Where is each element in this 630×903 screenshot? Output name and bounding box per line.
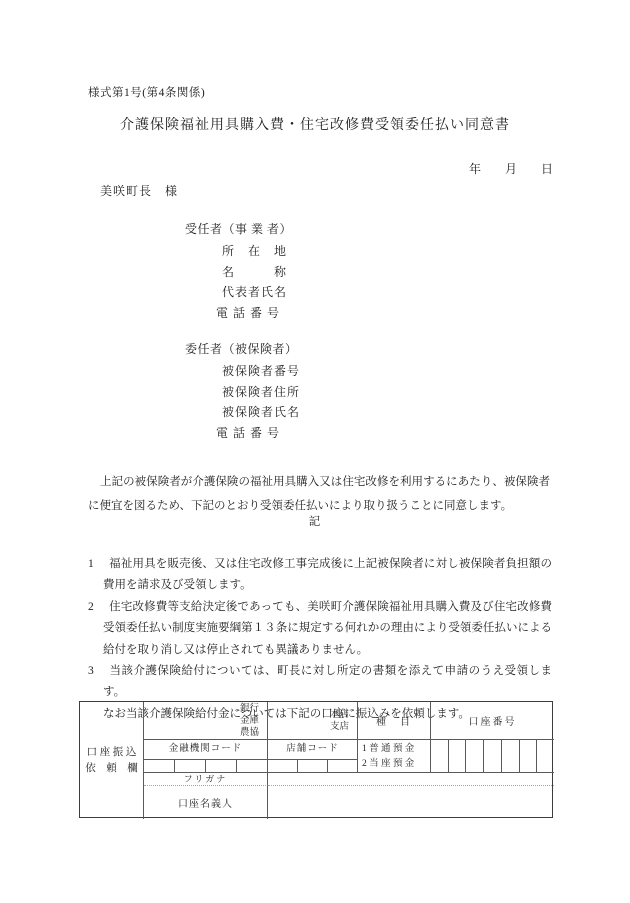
term-item-3: 3当該介護保険給付については、町長に対し所定の書類を添えて申請のうえ受領します。 [88,661,552,704]
term-item-1: 1福祉用具を販売後、又は住宅改修工事完成後に上記被保険者に対し被保険者負担額の費… [88,554,552,597]
account-kind-current: 2 当 座 預 金 [362,757,430,772]
term-item-3-text: 当該介護保険給付については、町長に対し所定の書類を添えて申請のうえ受領します。 [103,665,552,698]
recipient-name-label: 名 称 [222,262,292,283]
bank-type-noukyou: 農協 [144,727,259,739]
bank-table-row-label: 口 座 振 込 依 頼 欄 [80,702,144,819]
bank-code-label: 金融機関コード [144,740,268,760]
bank-code-digit-box[interactable] [174,760,205,772]
account-number-digit-box[interactable] [519,740,537,772]
recipient-phone-label: 電 話 番 号 [216,303,292,324]
bank-type-cell[interactable]: 銀行 金庫 農協 [144,702,268,740]
bank-table-row-label-line2: 依 頼 欄 [85,761,138,777]
account-holder-label: 口座名義人 [144,786,268,819]
delegator-heading: 委任者（被保険者） [185,340,300,357]
bank-code-digit-box[interactable] [236,760,267,772]
ki-heading: 記 [0,513,630,529]
account-number-digit-box[interactable] [483,740,501,772]
account-number-digit-box[interactable] [536,740,554,772]
branch-code-boxes [268,760,358,773]
recipient-section: 受任者（事 業 者） 所 在 地 名 称 代表者氏名 電 話 番 号 [185,220,292,323]
bank-table-row-label-line1: 口 座 振 込 [87,745,137,761]
form-number: 様式第1号(第4条関係) [88,84,205,100]
insured-name-label: 被保険者氏名 [222,402,300,423]
term-item-3-number: 3 [88,661,109,682]
account-number-header: 口座番号 [431,702,554,740]
term-item-1-number: 1 [88,554,109,575]
account-kind-ordinary: 1 普 通 預 金 [362,742,430,757]
bank-transfer-table: 口 座 振 込 依 頼 欄 銀行 金庫 農協 本店 支店 種 目 口座番号 金融… [79,701,553,818]
bank-code-boxes [144,760,268,773]
term-item-2-text: 住宅改修費等支給決定後であっても、美咲町介護保険福祉用具購入費及び住宅改修費受領… [103,601,552,656]
branch-type-cell[interactable]: 本店 支店 [268,702,358,740]
account-holder-value-cell[interactable] [268,786,554,819]
insured-phone-label: 電 話 番 号 [216,423,300,444]
bank-type-shinkin: 金庫 [144,715,259,727]
term-item-2-number: 2 [88,597,109,618]
branch-code-digit-box[interactable] [297,760,327,772]
account-number-digit-box[interactable] [448,740,466,772]
recipient-representative-label: 代表者氏名 [222,282,292,303]
branch-code-digit-box[interactable] [268,760,297,772]
account-number-digit-box[interactable] [465,740,483,772]
delegator-section: 委任者（被保険者） 被保険者番号 被保険者住所 被保険者氏名 電 話 番 号 [185,340,300,443]
account-kind-options[interactable]: 1 普 通 預 金 2 当 座 預 金 [358,740,431,773]
addressee: 美咲町長 様 [100,182,178,199]
account-kind-header: 種 目 [358,702,431,740]
consent-paragraph: 上記の被保険者が介護保険の福祉用具購入又は住宅改修を利用するにあたり、被保険者に… [88,470,550,518]
term-item-1-text: 福祉用具を販売後、又は住宅改修工事完成後に上記被保険者に対し被保険者負担額の費用… [103,558,552,591]
date-line: 年 月 日 [469,160,553,177]
furigana-label: フリガナ [144,773,268,786]
bank-code-digit-box[interactable] [205,760,236,772]
branch-code-digit-box[interactable] [327,760,357,772]
terms-list: 1福祉用具を販売後、又は住宅改修工事完成後に上記被保険者に対し被保険者負担額の費… [88,554,552,725]
recipient-address-label: 所 在 地 [222,241,292,262]
account-number-boxes [431,740,554,773]
account-number-digit-box[interactable] [431,740,448,772]
account-number-digit-box[interactable] [501,740,519,772]
document-page: 様式第1号(第4条関係) 介護保険福祉用具購入費・住宅改修費受領委任払い同意書 … [0,0,630,903]
insured-address-label: 被保険者住所 [222,382,300,403]
insured-number-label: 被保険者番号 [222,361,300,382]
branch-code-label: 店舗コード [268,740,358,760]
bank-code-digit-box[interactable] [144,760,174,772]
branch-type-honten: 本店 [268,709,349,721]
furigana-value-cell[interactable] [268,773,554,786]
branch-type-shiten: 支店 [268,721,349,733]
term-item-2: 2住宅改修費等支給決定後であっても、美咲町介護保険福祉用具購入費及び住宅改修費受… [88,597,552,661]
bank-type-bank: 銀行 [144,703,259,715]
recipient-heading: 受任者（事 業 者） [185,220,292,237]
document-title: 介護保険福祉用具購入費・住宅改修費受領委任払い同意書 [0,114,630,134]
